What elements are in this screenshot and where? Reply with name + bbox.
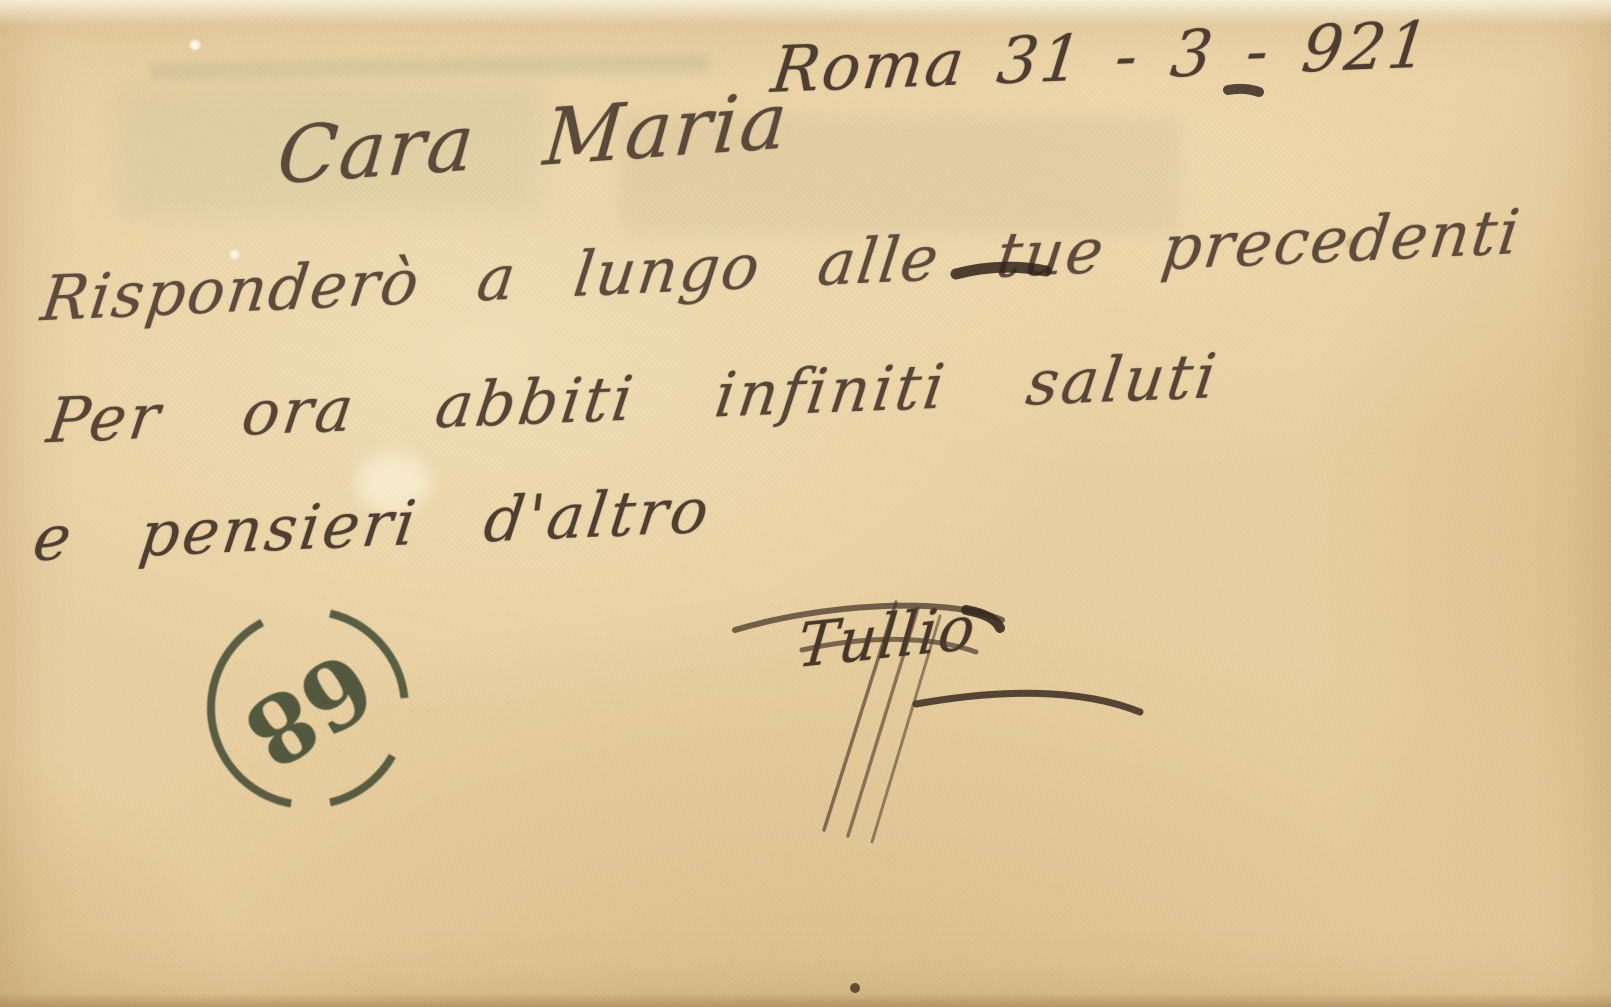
body-line-1: Risponderò a lungo alle tue precedenti (37, 195, 1525, 336)
dateline: Roma 31 - 3 - 921 (768, 9, 1435, 109)
greeting: Cara Maria (274, 76, 793, 202)
signature: Tullio (794, 593, 979, 683)
postmark-number: 68 (226, 630, 392, 789)
bleed-through-smudge (150, 54, 710, 80)
paper-edge-shadow (0, 993, 1611, 1007)
paper-fleck (190, 40, 200, 50)
body-line-2: Per ora abbiti infiniti saluti (43, 339, 1223, 457)
ink-speck (850, 983, 860, 993)
body-line-3: e pensieri d'altro (29, 473, 716, 575)
postmark-stamp: 68 (196, 596, 421, 821)
postcard-scan: Roma 31 - 3 - 921 Cara Maria Risponderò … (0, 0, 1611, 1007)
